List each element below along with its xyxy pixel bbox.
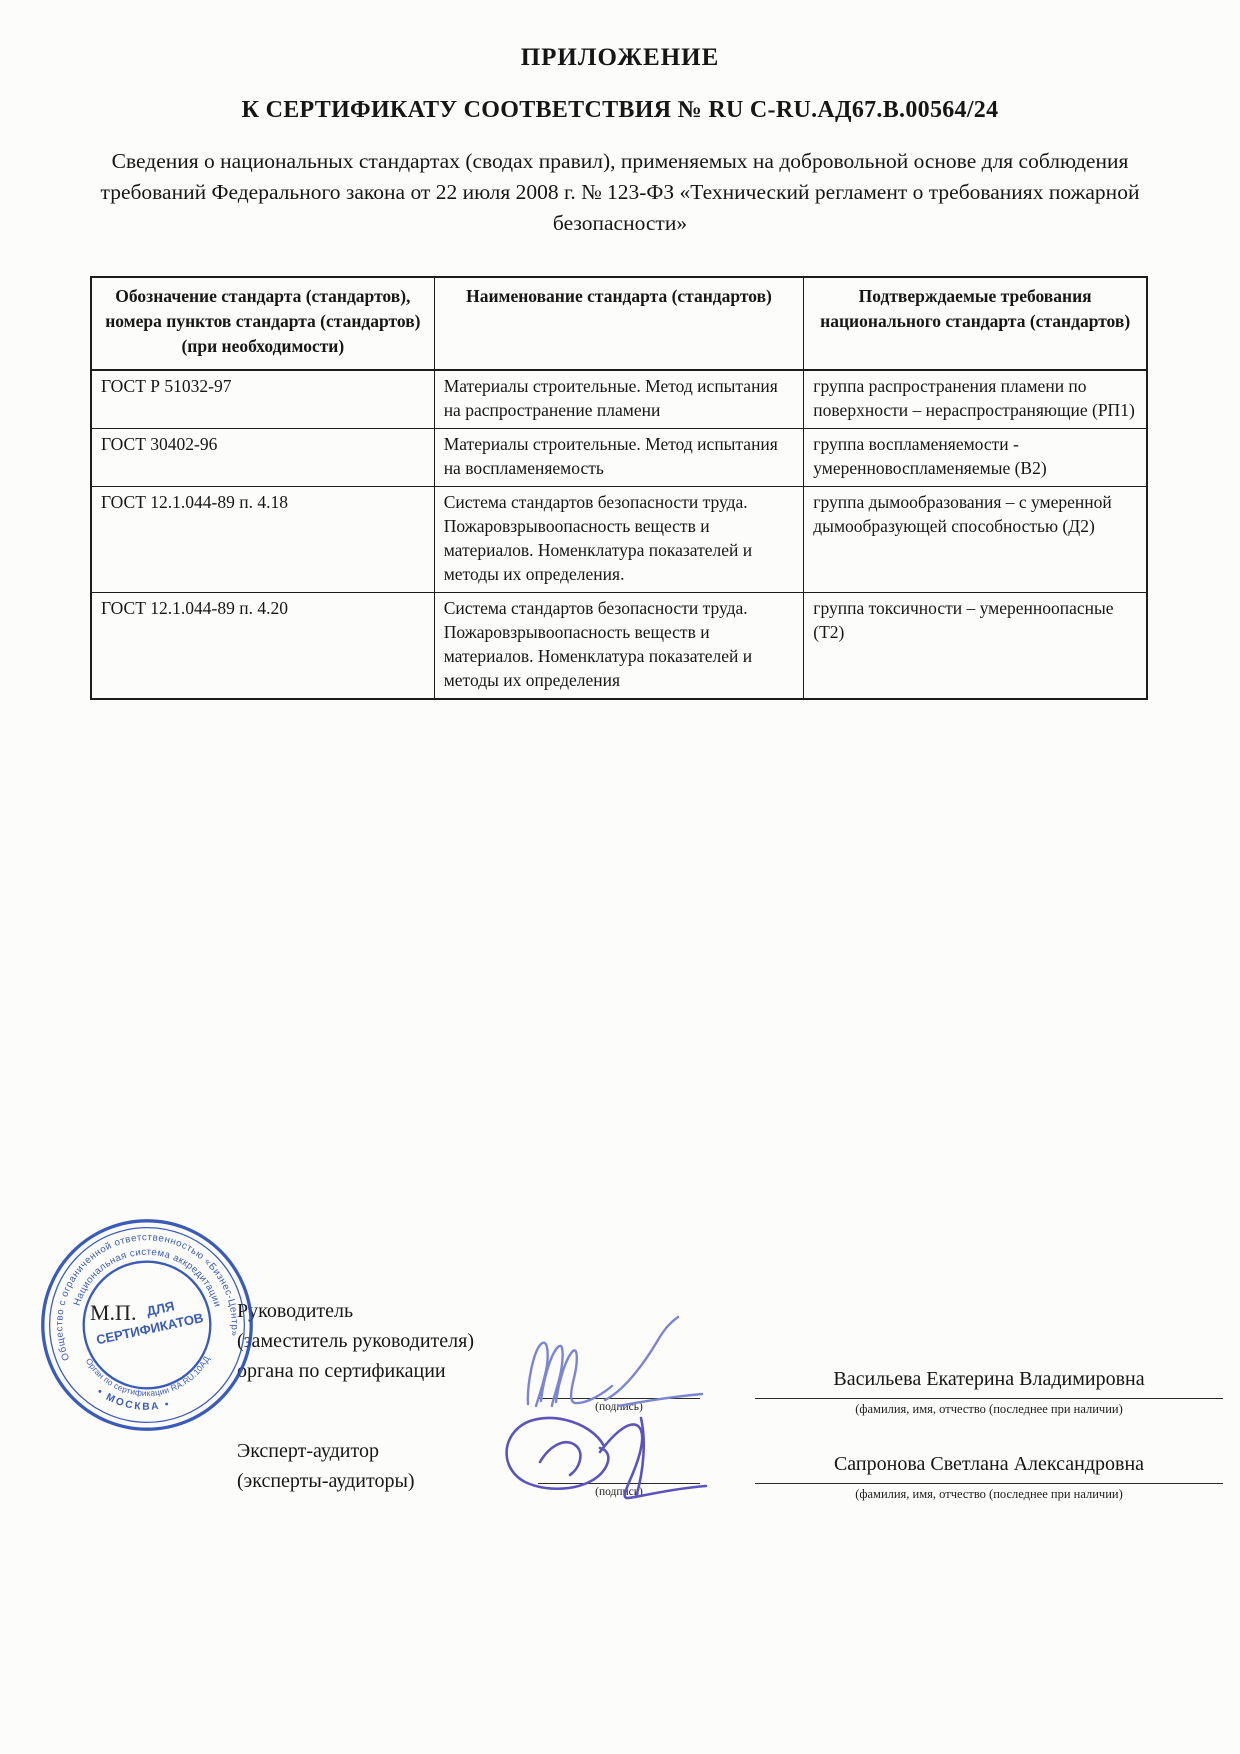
cell-requirements: группа токсичности – умеренноопасные (Т2… [804, 593, 1147, 700]
certificate-appendix-page: { "page": { "title": "ПРИЛОЖЕНИЕ", "subt… [0, 0, 1240, 1754]
table-row: ГОСТ 30402-96 Материалы строительные. Ме… [91, 429, 1147, 487]
name-line-2 [755, 1483, 1223, 1484]
table-row: ГОСТ 12.1.044-89 п. 4.20 Система стандар… [91, 593, 1147, 700]
signature-caption-1: (подпись) [538, 1401, 700, 1413]
table-row: ГОСТ Р 51032-97 Материалы строительные. … [91, 370, 1147, 429]
cell-designation: ГОСТ 12.1.044-89 п. 4.18 [91, 487, 434, 593]
cell-requirements: группа воспламеняемости - умеренновоспла… [804, 429, 1147, 487]
table-header-row: Обозначение стандарта (стандартов), номе… [91, 277, 1147, 370]
signature-caption-2: (подпись) [538, 1486, 700, 1498]
cell-standard-name: Система стандартов безопасности труда. П… [434, 487, 804, 593]
certification-body-stamp: Общество с ограниченной ответственностью… [35, 1213, 259, 1437]
table-row: ГОСТ 12.1.044-89 п. 4.18 Система стандар… [91, 487, 1147, 593]
name-caption-1: (фамилия, имя, отчество (последнее при н… [755, 1402, 1223, 1417]
cell-designation: ГОСТ Р 51032-97 [91, 370, 434, 429]
certificate-number-heading: К СЕРТИФИКАТУ СООТВЕТСТВИЯ № RU C-RU.АД6… [0, 97, 1240, 124]
name-caption-2: (фамилия, имя, отчество (последнее при н… [755, 1487, 1223, 1502]
cell-requirements: группа дымообразования – с умеренной дым… [804, 487, 1147, 593]
intro-paragraph: Сведения о национальных стандартах (свод… [85, 146, 1155, 239]
cell-standard-name: Система стандартов безопасности труда. П… [434, 593, 804, 700]
role2-line: Эксперт-аудитор [237, 1436, 415, 1466]
role2-line: (эксперты-аудиторы) [237, 1466, 415, 1496]
header-standard-name: Наименование стандарта (стандартов) [434, 277, 804, 370]
cell-requirements: группа распространения пламени по поверх… [804, 370, 1147, 429]
header-requirements: Подтверждаемые требования национального … [804, 277, 1147, 370]
cell-standard-name: Материалы строительные. Метод испытания … [434, 370, 804, 429]
role1-line: Руководитель [237, 1296, 474, 1326]
role1-line: органа по сертификации [237, 1356, 474, 1386]
signature-line-1 [538, 1398, 700, 1399]
cell-standard-name: Материалы строительные. Метод испытания … [434, 429, 804, 487]
signer-name-2: Сапронова Светлана Александровна [755, 1453, 1223, 1476]
role1-line: (заместитель руководителя) [237, 1326, 474, 1356]
standards-table: Обозначение стандарта (стандартов), номе… [90, 276, 1148, 700]
signature-line-2 [538, 1483, 700, 1484]
page-title: ПРИЛОЖЕНИЕ [0, 44, 1240, 72]
expert-auditor-label: Эксперт-аудитор (эксперты-аудиторы) [237, 1436, 415, 1496]
header-designation: Обозначение стандарта (стандартов), номе… [91, 277, 434, 370]
cell-designation: ГОСТ 12.1.044-89 п. 4.20 [91, 593, 434, 700]
cell-designation: ГОСТ 30402-96 [91, 429, 434, 487]
name-line-1 [755, 1398, 1223, 1399]
handwritten-signature-1 [528, 1317, 702, 1406]
head-of-body-label: Руководитель (заместитель руководителя) … [237, 1296, 474, 1386]
signer-name-1: Васильева Екатерина Владимировна [755, 1368, 1223, 1391]
